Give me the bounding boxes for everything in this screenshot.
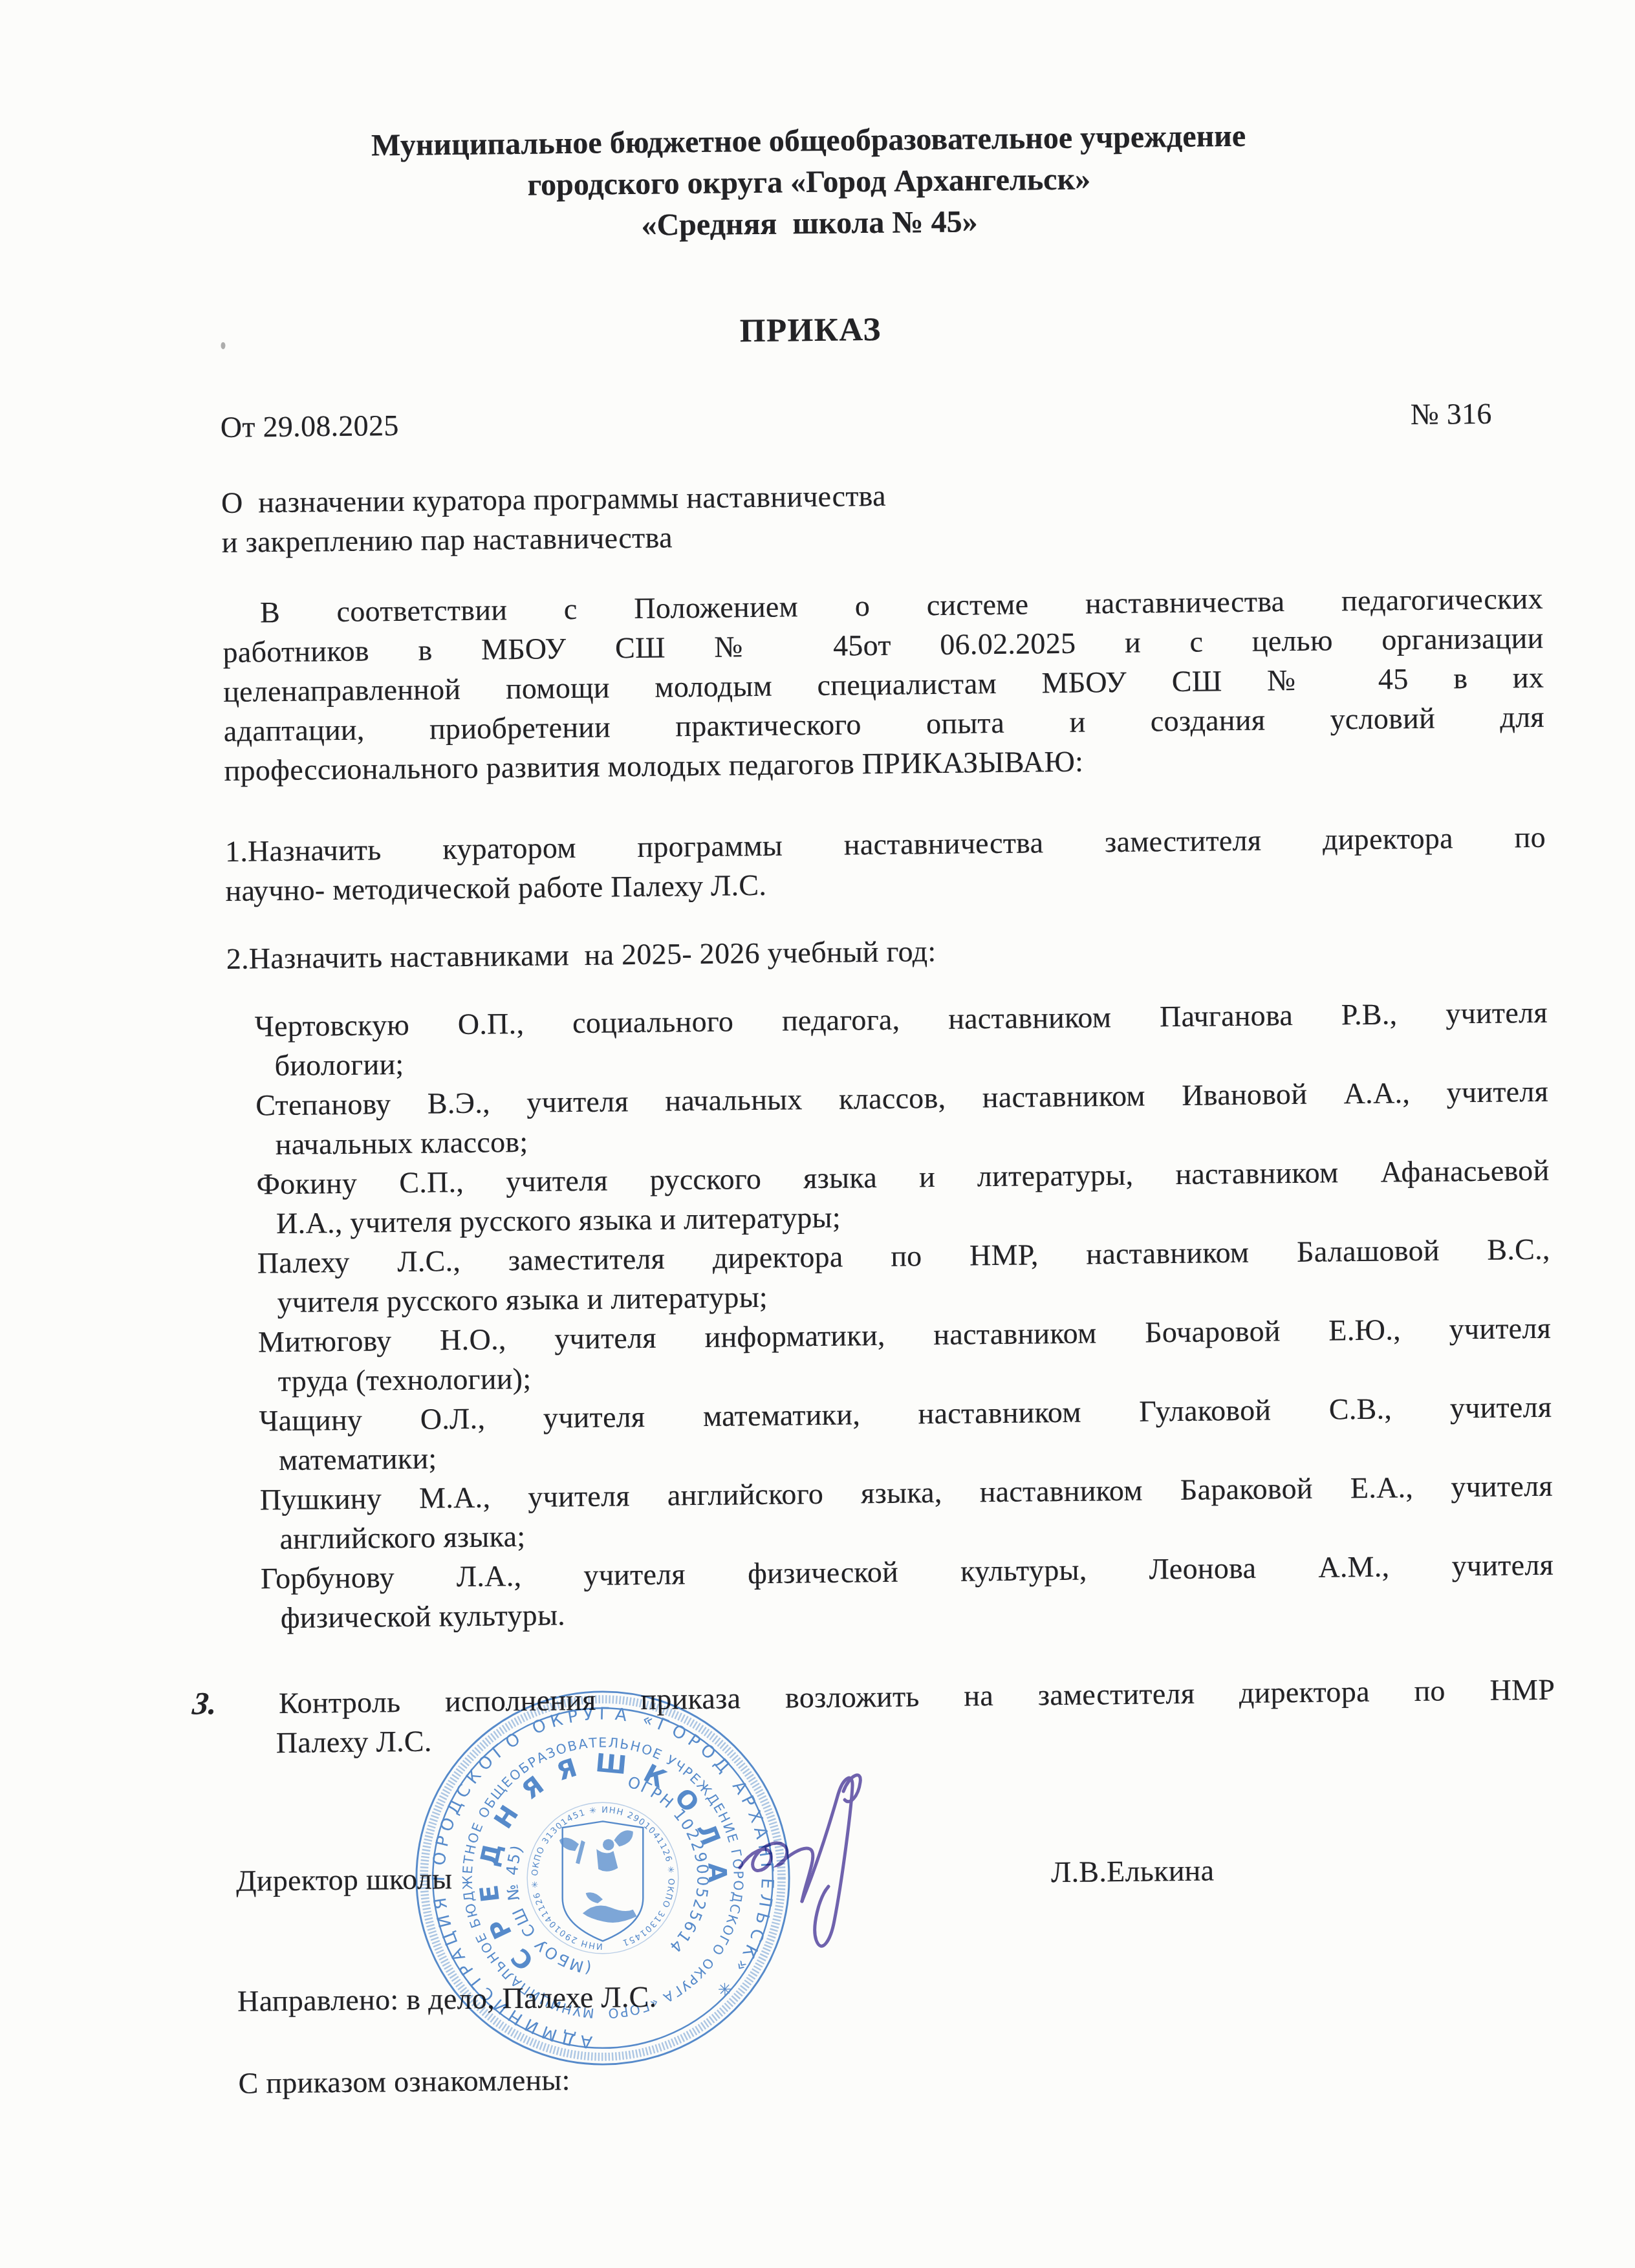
meta-row: От 29.08.2025 № 316 [221,393,1542,447]
org-header: Муниципальное бюджетное общеобразователь… [0,111,1627,253]
signature-tall-stroke [802,1778,852,1946]
stamp-coat-of-arms [559,1821,643,1941]
list-item: Степанову В.Э., учителя начальных классо… [255,1072,1549,1165]
list-item: Фокину С.П., учителя русского языка и ли… [256,1150,1550,1244]
director-name: Л.В.Елькина [1051,1850,1215,1892]
list-item: Чащину О.Л., учителя математики, наставн… [259,1387,1552,1480]
list-item: Пушкину М.А., учителя английского языка,… [259,1466,1553,1559]
archangel-figure [559,1830,637,1923]
subject-block: О назначении куратора программы наставни… [221,469,1543,562]
stamp-inn-okpo-ring-text: ИНН 2901041126 ✳ ОКПО 31301451 ✳ ИНН 290… [530,1806,676,1951]
list-item: Митюгову Н.О., учителя информатики, наст… [258,1308,1552,1401]
order-item-2: 2.Назначить наставниками на 2025- 2026 у… [226,925,1547,978]
intro-paragraph: В соответствии с Положением о системе на… [222,579,1545,790]
order-item-1: 1.Назначить куратором программы наставни… [225,817,1546,911]
scan-speck [221,342,225,349]
document-date: От 29.08.2025 [221,405,399,447]
document-page: Муниципальное бюджетное общеобразователь… [0,0,1635,2268]
document-number: № 316 [1411,393,1542,434]
director-signature [723,1754,886,1969]
mentor-pairs-list: Чертовскую О.П., социального педагога, н… [255,993,1554,1638]
list-item: Горбунову Л.А., учителя физической культ… [261,1545,1554,1638]
document-title: ПРИКАЗ [0,300,1629,360]
signature-main-stroke [740,1843,813,1901]
list-item: Чертовскую О.П., социального педагога, н… [255,993,1548,1086]
list-item: Палеху Л.С., заместителя директора по НМ… [257,1229,1551,1323]
